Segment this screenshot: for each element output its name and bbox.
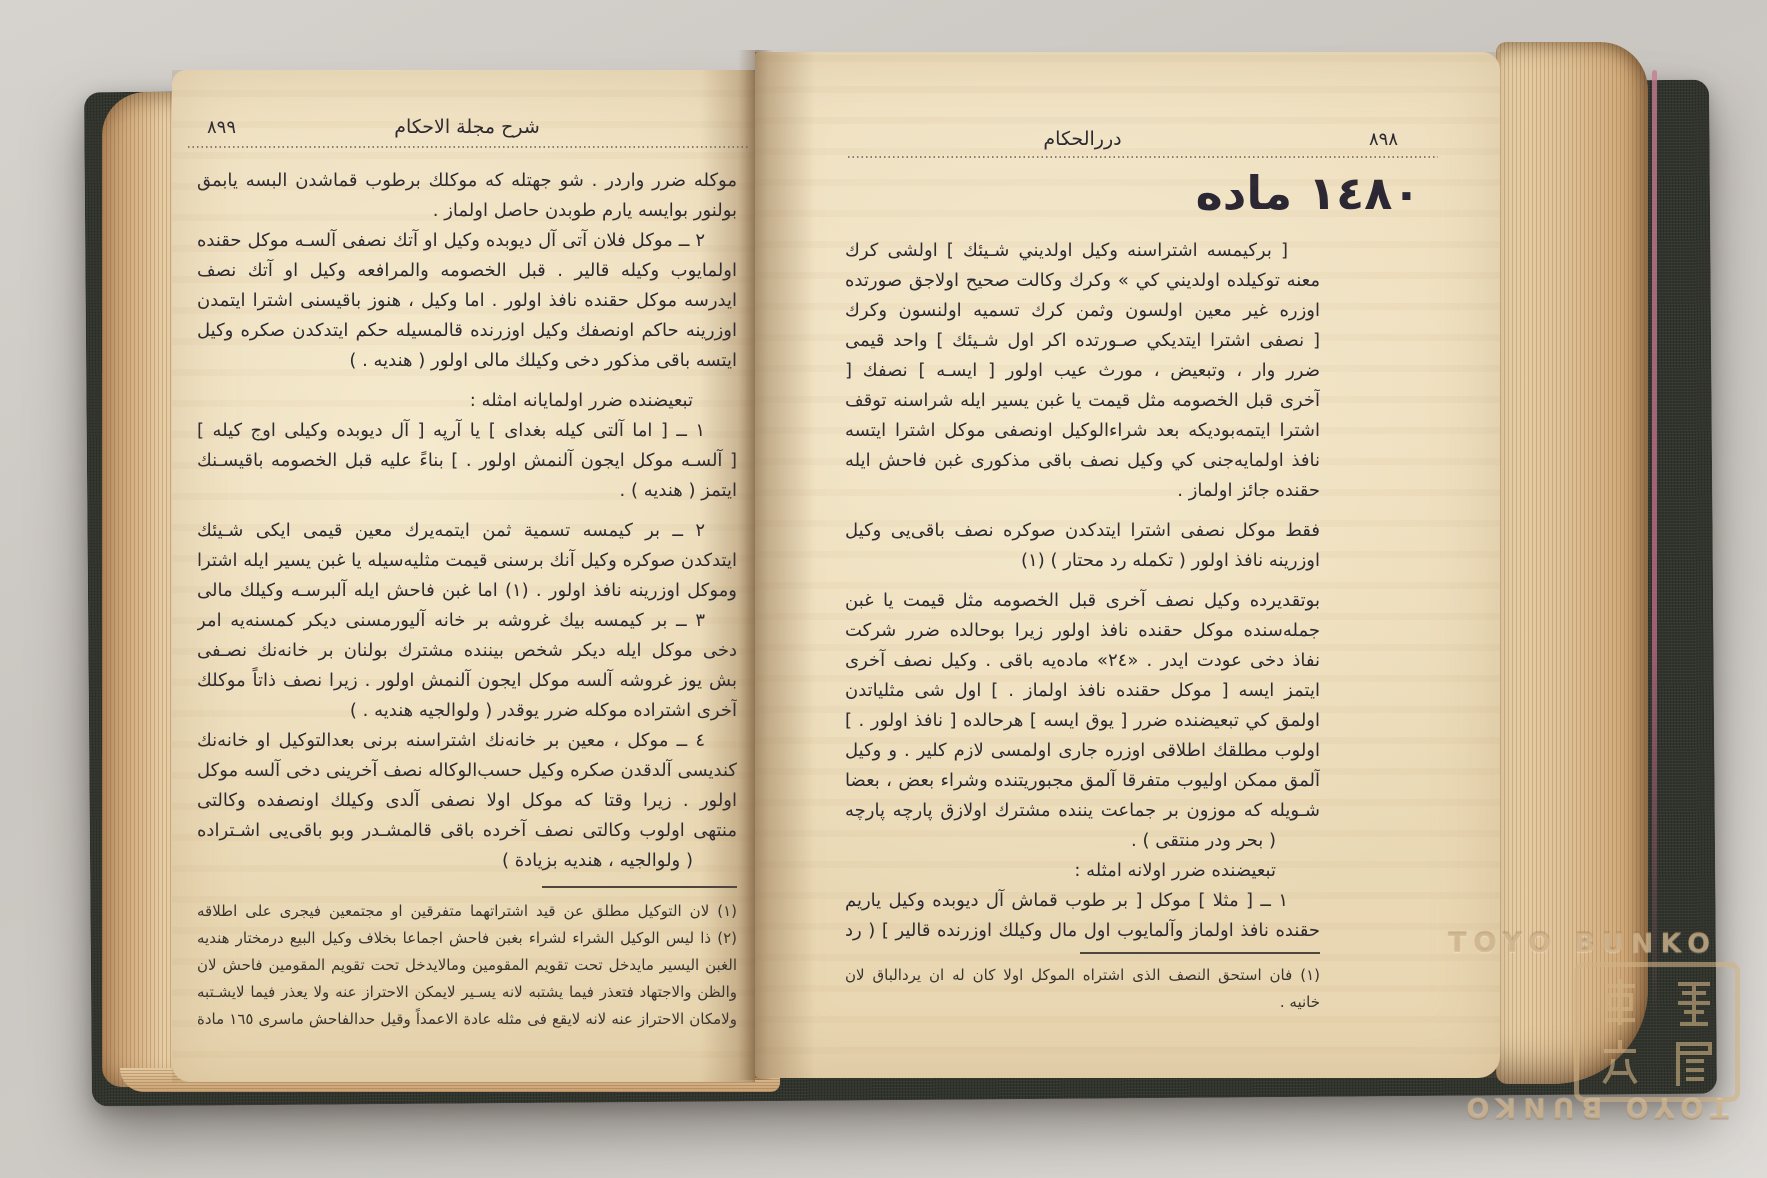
body-text-line: تبعيضنده ضرر اولمايانه امثله : xyxy=(197,386,737,416)
body-text-line: فقط موكل نصفى اشترا ايتدكدن صوكره نصف با… xyxy=(845,516,1320,546)
body-text-line: ١ ــ [ اما آلتى كيله بغداى ] يا آرپه [ آ… xyxy=(197,416,737,446)
left-footnote-separator xyxy=(542,886,737,888)
body-text-line: ٢ ــ موكل فلان آتى آل ديوبده وكيل او آتك… xyxy=(197,226,737,256)
right-header-rule xyxy=(848,156,1438,158)
body-text-line: آخرى قبل الخصومه مثل قيمت يا غبن يسير اي… xyxy=(845,386,1320,416)
body-text-line: [ آلسـه موكل ايجون آلنمش اولور . ] بناءً… xyxy=(197,446,737,476)
body-text-line: بش يوز غروشه آلسه موكل ايجون آلنمش اولور… xyxy=(197,666,737,696)
body-text-line: ضرر وار ، وتبعيض ، مورث عيب اولور [ ايسـ… xyxy=(845,356,1320,386)
footnote-line: والظن والاجتهاد فتعذر فيما يشتبه لانه يس… xyxy=(197,979,737,1006)
body-text-line: ٤ ــ موكل ، معين بر خانه‌نك اشتراسنه برن… xyxy=(197,726,737,756)
body-text-line: اشترا ايتمه‌بوديكه بعد شراءالوكيل اونصفى… xyxy=(845,416,1320,446)
body-text-line: بوتقديرده وكيل نصف آخرى قبل الخصومه مثل … xyxy=(845,586,1320,616)
body-text-line: ايتمز ( هنديه ) . xyxy=(197,476,737,506)
right-page-running-title: دررالحكام xyxy=(845,128,1320,150)
right-page-number: ٨٩٨ xyxy=(1369,129,1398,150)
body-text-line: آخرى اشتراده موكله ضرر يوقدر ( ولوالجيه … xyxy=(197,696,737,726)
body-text-line: ( بحر ودر منتقى ) . xyxy=(845,826,1320,856)
body-text-line: نافذ اولمايه‌جنى كي وكيل نصف باقى مذكورى… xyxy=(845,446,1320,476)
footnote-line: ولامكان الاحتراز عنه لانه لايقع فى مثله … xyxy=(197,1006,737,1033)
footnote-line: خانيه . xyxy=(845,989,1320,1016)
body-text-line: ايتسه باقى مذكور دخى وكيلك مالى اولور ( … xyxy=(197,346,737,376)
footnote-line: (١) لان التوكيل مطلق عن قيد اشتراتهما مت… xyxy=(197,898,737,925)
left-page-body: موكله ضرر واردر . شو جهتله كه موكلك برطو… xyxy=(197,166,737,876)
body-text-line: ايتدكدن صوكره وكيل آنك برسنى قيمت مثليه‌… xyxy=(197,546,737,576)
left-page: ٨٩٩ شرح مجلة الاحكام موكله ضرر واردر . ش… xyxy=(172,70,755,1082)
body-text-line: نفاذ دخى عودت ايدر . «٢٤» ماده‌يه باقى .… xyxy=(845,646,1320,676)
body-text-line: جمله‌سنده موكل حقنده نافذ اولور زيرا بوح… xyxy=(845,616,1320,646)
body-text-line: اوزرينه نافذ اولور ( تكمله رد محتار ) (١… xyxy=(845,546,1320,576)
body-text-line: دخى موكل ايله ديكر شخص بيننده مشترك بولن… xyxy=(197,636,737,666)
right-page-header: ٨٩٨ دررالحكام xyxy=(845,128,1320,154)
body-text-line: منتهى اولوب وكالتى نصف آخرده باقى قالمشـ… xyxy=(197,816,737,846)
body-text-line: حقنده جائز اولماز . xyxy=(845,476,1320,506)
body-text-line: كنديسى آلدقدن صكره وكيل حسب‌الوكاله نصف … xyxy=(197,756,737,786)
footnote-line: الغبن اليسير مايدخل تحت تقويم المقومين و… xyxy=(197,952,737,979)
left-page-footnotes: (١) لان التوكيل مطلق عن قيد اشتراتهما مت… xyxy=(197,898,737,1033)
left-page-running-title: شرح مجلة الاحكام xyxy=(197,116,737,138)
body-text-line: ٣ ــ بر كيمسه بيك غروشه بر خانه آليورمسن… xyxy=(197,606,737,636)
endpaper-pink-edge xyxy=(1652,70,1657,1020)
body-text-line: ( ولوالجيه ، هنديه بزيادة ) xyxy=(197,846,737,876)
body-text-line: ايتمز ايسه [ موكل حقنده نافذ اولماز . ] … xyxy=(845,676,1320,706)
body-text-line: اولمق كي تبعيضنده ضرر [ يوق ايسه ] هرحال… xyxy=(845,706,1320,736)
body-text-line: ايدرسه موكل حقنده نافذ اولور . اما وكيل … xyxy=(197,286,737,316)
body-text-line: [ نصفى اشترا ايتديكي صـورتده اكر اول شـي… xyxy=(845,326,1320,356)
footnote-line: (١) فان استحق النصف الذى اشتراه الموكل ا… xyxy=(845,962,1320,989)
right-footnote-separator xyxy=(1080,952,1320,954)
left-header-rule xyxy=(188,146,750,148)
body-text-line: آلمق ممكن اوليوب متفرقا آلمق مجبوريتنده … xyxy=(845,766,1320,796)
watermark-text-flipped: TOYO BUNKO xyxy=(1448,1092,1740,1123)
body-text-line: اولمايوب وكيله قالير . قبل الخصومه والمر… xyxy=(197,256,737,286)
body-text-line: ٢ ــ بر كيمسه تسمية ثمن ايتمه‌يرك معين ق… xyxy=(197,516,737,546)
right-page-footnotes: (١) فان استحق النصف الذى اشتراه الموكل ا… xyxy=(845,962,1320,1016)
left-page-header: ٨٩٩ شرح مجلة الاحكام xyxy=(197,116,737,142)
article-1480-heading: ١٤٨٠ ماده xyxy=(1178,166,1438,220)
body-text-line: موكله ضرر واردر . شو جهتله كه موكلك برطو… xyxy=(197,166,737,196)
right-page-stack-edge xyxy=(1496,42,1648,1084)
right-page: ٨٩٨ دررالحكام ١٤٨٠ ماده [ بركيمسه اشتراس… xyxy=(755,52,1500,1078)
body-text-line: اولور . زيرا وقتا كه موكل اولا نصفى آلدى… xyxy=(197,786,737,816)
body-text-line: بولنور بوايسه يارم طوبدن حاصل اولماز . xyxy=(197,196,737,226)
right-page-body: [ بركيمسه اشتراسنه وكيل اولديني شـيئك ] … xyxy=(845,236,1320,946)
body-text-line: تبعيضنده ضرر اولانه امثله : xyxy=(845,856,1320,886)
body-text-line: معنه توكيلده اولديني كي » وكرك وكالت صحي… xyxy=(845,266,1320,296)
body-text-line: ١ ــ [ مثلا ] موكل [ بر طوب قماش آل ديوب… xyxy=(845,886,1320,916)
body-text-line: اوزرينه حاكم اونصفك وكيل اوزرنده قالمسيل… xyxy=(197,316,737,346)
body-text-line: حقنده نافذ اولماز وآلمايوب اول مال وكيلك… xyxy=(845,916,1320,946)
body-text-line: اوزره غير معين اولسون وثمن كرك تسميه اول… xyxy=(845,296,1320,326)
body-text-line: وموكل اوزرينه نافذ اولور . (١) اما غبن ف… xyxy=(197,576,737,606)
body-text-line: [ بركيمسه اشتراسنه وكيل اولديني شـيئك ] … xyxy=(845,236,1320,266)
footnote-line: (٢) ذا ليس الوكيل الشراء لشراء بغبن فاحش… xyxy=(197,925,737,952)
body-text-line: شـويله كه موزون بر جماعت يننده مشترك اول… xyxy=(845,796,1320,826)
book-photograph: ٨٩٩ شرح مجلة الاحكام موكله ضرر واردر . ش… xyxy=(0,0,1767,1178)
body-text-line: اولوب مطلقك اطلاقى اوزره جارى اولمسى لاز… xyxy=(845,736,1320,766)
